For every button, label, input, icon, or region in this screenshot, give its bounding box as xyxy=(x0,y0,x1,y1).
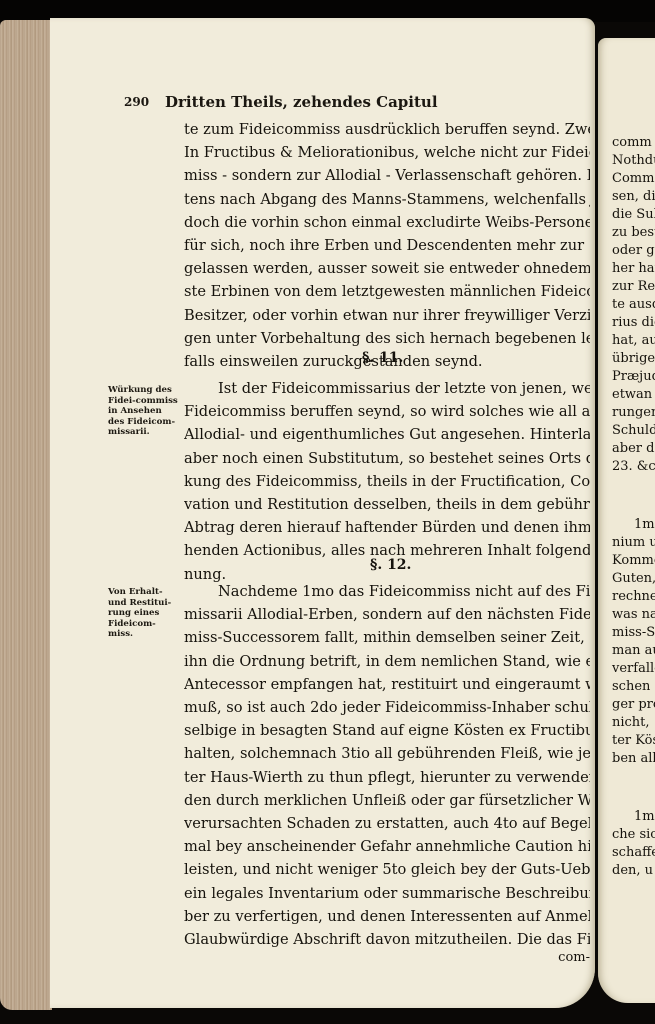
text-line: kung des Fideicommiss, theils in der Fru… xyxy=(184,470,590,493)
text-line: te ausd xyxy=(612,296,655,314)
text-line: miss - sondern zur Allodial - Verlassens… xyxy=(184,164,590,187)
text-line: te zum Fideicommiss ausdrücklich beruffe… xyxy=(184,118,590,141)
text-line: schaffen xyxy=(612,844,655,862)
text-line: ger pro xyxy=(612,696,655,714)
text-line: Nachdeme 1mo das Fideicommiss nicht auf … xyxy=(184,580,590,603)
right-page: comm Nothdu Comm sen, di die Sub zu best… xyxy=(598,38,655,1003)
page-number: 290 xyxy=(124,95,149,109)
text-line: gelassen werden, ausser soweit sie entwe… xyxy=(184,257,590,280)
text-line: ein legales Inventarium oder summarische… xyxy=(184,882,590,905)
text-line: rungen xyxy=(612,404,655,422)
running-header: Dritten Theils, zehendes Capitul xyxy=(165,93,438,111)
text-line: selbige in besagten Stand auf eigne Köst… xyxy=(184,719,590,742)
text-line: den, u xyxy=(612,862,655,880)
text-line: verfalle xyxy=(612,660,655,678)
text-line: 1m xyxy=(612,516,655,534)
text-line: ste Erbinen von dem letztgewesten männli… xyxy=(184,280,590,303)
text-line: die Sub xyxy=(612,206,655,224)
text-line: Allodial- und eigenthumliches Gut angese… xyxy=(184,423,590,446)
text-line: ter Kös xyxy=(612,732,655,750)
text-line: den durch merklichen Unfleiß oder gar fü… xyxy=(184,789,590,812)
text-line: her hat xyxy=(612,260,655,278)
text-line: oder ga xyxy=(612,242,655,260)
text-line: aber noch einen Substitutum, so bestehet… xyxy=(184,447,590,470)
text-line: aber das xyxy=(612,440,655,458)
text-line: muß, so ist auch 2do jeder Fideicommiss-… xyxy=(184,696,590,719)
text-line: ber zu verfertigen, und denen Interessen… xyxy=(184,905,590,928)
text-line: rechnet, xyxy=(612,588,655,606)
margin-note-12: Von Erhalt- und Restitui-rung eines Fide… xyxy=(108,587,178,640)
text-line: mal bey anscheinender Gefahr annehmliche… xyxy=(184,835,590,858)
text-line: miss-Successorem fallt, mithin demselben… xyxy=(184,626,590,649)
text-line: Ist der Fideicommissarius der letzte von… xyxy=(184,377,590,400)
text-line: Komme xyxy=(612,552,655,570)
text-line: comm xyxy=(612,134,655,152)
text-line: vation und Restitution desselben, theils… xyxy=(184,493,590,516)
text-line: etwan d xyxy=(612,386,655,404)
text-line: man au xyxy=(612,642,655,660)
text-line: Besitzer, oder vorhin etwan nur ihrer fr… xyxy=(184,304,590,327)
text-line: ter Haus-Wierth zu thun pflegt, hierunte… xyxy=(184,766,590,789)
text-line: zur Re xyxy=(612,278,655,296)
text-line: für sich, noch ihre Erben und Descendent… xyxy=(184,234,590,257)
section-12-body: Nachdeme 1mo das Fideicommiss nicht auf … xyxy=(184,580,590,965)
paragraph-continuation: te zum Fideicommiss ausdrücklich beruffe… xyxy=(184,118,590,373)
text-line: che sich xyxy=(612,826,655,844)
right-page-text-bottom: 1m che sich schaffen den, u xyxy=(612,808,655,880)
text-line: In Fructibus & Meliorationibus, welche n… xyxy=(184,141,590,164)
text-line: ben alle xyxy=(612,750,655,768)
text-line: tens nach Abgang des Manns-Stammens, wel… xyxy=(184,188,590,211)
text-line: übrigen xyxy=(612,350,655,368)
text-line: Fideicommiss beruffen seynd, so wird sol… xyxy=(184,400,590,423)
text-line: nium u xyxy=(612,534,655,552)
catchword: com- xyxy=(184,951,590,965)
text-line: doch die vorhin schon einmal excludirte … xyxy=(184,211,590,234)
text-line: Schuld xyxy=(612,422,655,440)
text-line: rius die xyxy=(612,314,655,332)
text-line: miss-S xyxy=(612,624,655,642)
text-line: 23. &c xyxy=(612,458,655,476)
text-line: nicht, xyxy=(612,714,655,732)
text-line: schen ge xyxy=(612,678,655,696)
text-line: Abtrag deren hierauf haftender Bürden un… xyxy=(184,516,590,539)
text-line: verursachten Schaden zu erstatten, auch … xyxy=(184,812,590,835)
text-line: Glaubwürdige Abschrift davon mitzutheile… xyxy=(184,928,590,951)
book-fore-edge xyxy=(0,20,52,1010)
text-line: Præjud xyxy=(612,368,655,386)
text-line: zu bestr xyxy=(612,224,655,242)
text-line: ihn die Ordnung betrift, in dem nemliche… xyxy=(184,650,590,673)
section-11-body: Ist der Fideicommissarius der letzte von… xyxy=(184,377,590,586)
text-line: leisten, und nicht weniger 5to gleich be… xyxy=(184,858,590,881)
text-line: hat, au xyxy=(612,332,655,350)
text-line: was nac xyxy=(612,606,655,624)
right-page-text-mid: 1m nium u Komme Guten, rechnet, was nac … xyxy=(612,516,655,768)
text-line: Guten, xyxy=(612,570,655,588)
text-line: Comm xyxy=(612,170,655,188)
text-line: halten, solchemnach 3tio all gebührenden… xyxy=(184,742,590,765)
text-line: sen, di xyxy=(612,188,655,206)
text-line: Nothdu xyxy=(612,152,655,170)
text-line: missarii Allodial-Erben, sondern auf den… xyxy=(184,603,590,626)
section-heading-11: §. 11. xyxy=(362,350,403,366)
text-line: Antecessor empfangen hat, restituirt und… xyxy=(184,673,590,696)
section-heading-12: §. 12. xyxy=(370,557,411,573)
text-line: gen unter Vorbehaltung des sich hernach … xyxy=(184,327,590,350)
text-line: 1m xyxy=(612,808,655,826)
right-page-text-top: comm Nothdu Comm sen, di die Sub zu best… xyxy=(612,134,655,476)
margin-note-11: Würkung des Fidei-commiss in Ansehen des… xyxy=(108,385,178,438)
